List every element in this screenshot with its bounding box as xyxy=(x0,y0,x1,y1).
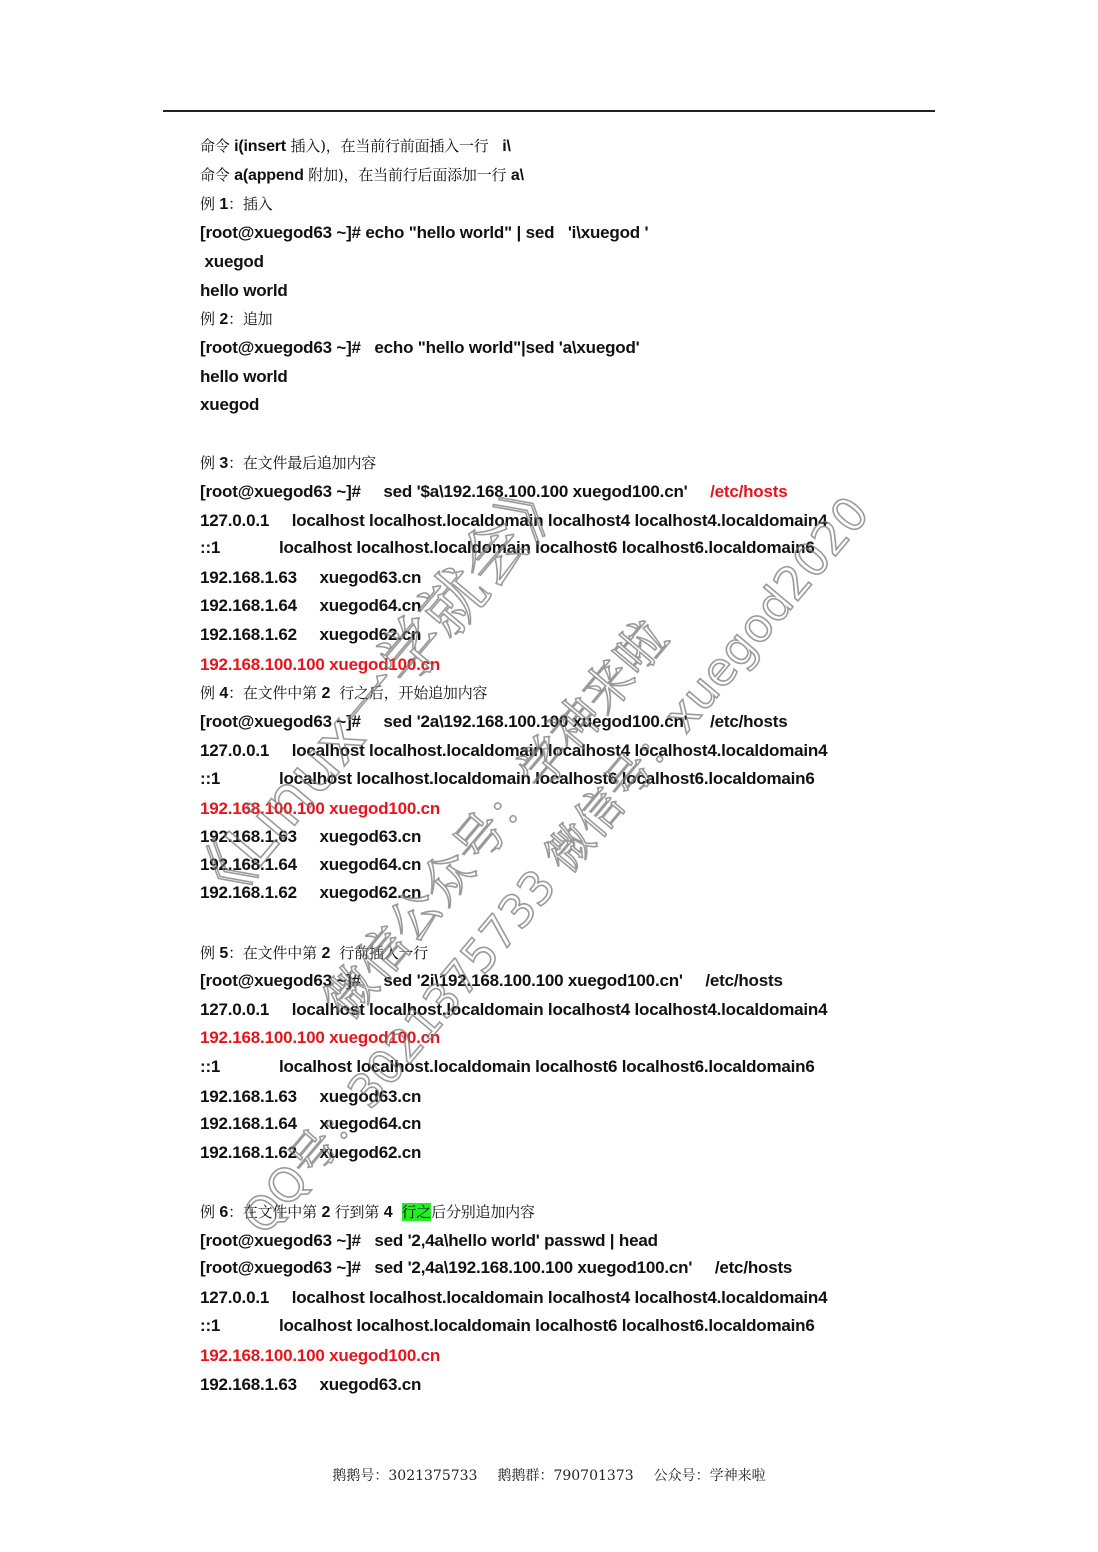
example-1-title: 例 1：插入 xyxy=(200,193,272,216)
footer-group: 鹅鹅群：790701373 xyxy=(497,1468,633,1484)
example-4-output-line: 127.0.0.1 localhost localhost.localdomai… xyxy=(200,740,827,762)
header-rule xyxy=(163,110,935,112)
example-5-inserted-line: 192.168.100.100 xuegod100.cn xyxy=(200,1027,440,1049)
example-4-output-line: ::1 localhost localhost.localdomain loca… xyxy=(200,768,815,790)
example-4-title: 例 4：在文件中第 2 行之后，开始追加内容 xyxy=(200,682,487,705)
example-4-output-line: 192.168.1.63 xuegod63.cn xyxy=(200,826,421,848)
example-5-title: 例 5：在文件中第 2 行前插入一行 xyxy=(200,942,428,965)
example-1-output-line: xuegod xyxy=(200,251,264,273)
example-4-output-line: 192.168.1.64 xuegod64.cn xyxy=(200,854,421,876)
example-5-output-line: 192.168.1.64 xuegod64.cn xyxy=(200,1113,421,1135)
example-2-title: 例 2：追加 xyxy=(200,308,272,331)
example-6-title: 例 6：在文件中第 2 行到第 4 行之后分别追加内容 xyxy=(200,1201,535,1224)
highlighted-text: 行之 xyxy=(402,1203,432,1221)
example-1-output-line: hello world xyxy=(200,280,288,302)
example-3-output-line: 192.168.1.63 xuegod63.cn xyxy=(200,567,421,589)
example-4-command: [root@xuegod63 ~]# sed '2a\192.168.100.1… xyxy=(200,711,787,733)
footer-official-account: 公众号：学神来啦 xyxy=(654,1468,766,1484)
example-3-title: 例 3：在文件最后追加内容 xyxy=(200,452,376,475)
file-path-highlight: /etc/hosts xyxy=(710,482,787,501)
example-2-output-line: hello world xyxy=(200,366,288,388)
example-5-output-line: 127.0.0.1 localhost localhost.localdomai… xyxy=(200,999,827,1021)
page-footer: 鹅鹅号：3021375733鹅鹅群：790701373公众号：学神来啦 xyxy=(0,1465,1098,1485)
insert-command-description: 命令 i(insert 插入)，在当前行前面插入一行 i\ xyxy=(200,135,511,158)
example-5-output-line: 192.168.1.63 xuegod63.cn xyxy=(200,1086,421,1108)
example-4-appended-line: 192.168.100.100 xuegod100.cn xyxy=(200,798,440,820)
example-6-appended-line: 192.168.100.100 xuegod100.cn xyxy=(200,1345,440,1367)
example-3-output-line: ::1 localhost localhost.localdomain loca… xyxy=(200,537,815,559)
example-6-command: [root@xuegod63 ~]# sed '2,4a\hello world… xyxy=(200,1230,658,1252)
footer-qq: 鹅鹅号：3021375733 xyxy=(332,1468,477,1484)
append-command-description: 命令 a(append 附加)，在当前行后面添加一行 a\ xyxy=(200,164,524,187)
example-5-command: [root@xuegod63 ~]# sed '2i\192.168.100.1… xyxy=(200,970,783,992)
example-3-command: [root@xuegod63 ~]# sed '$a\192.168.100.1… xyxy=(200,481,787,503)
example-3-output-line: 192.168.1.64 xuegod64.cn xyxy=(200,595,421,617)
example-3-appended-line: 192.168.100.100 xuegod100.cn xyxy=(200,654,440,676)
example-6-output-line: 192.168.1.63 xuegod63.cn xyxy=(200,1374,421,1396)
example-6-output-line: ::1 localhost localhost.localdomain loca… xyxy=(200,1315,815,1337)
example-4-output-line: 192.168.1.62 xuegod62.cn xyxy=(200,882,421,904)
example-1-command: [root@xuegod63 ~]# echo "hello world" | … xyxy=(200,222,648,244)
example-3-output-line: 192.168.1.62 xuegod62.cn xyxy=(200,624,421,646)
example-2-command: [root@xuegod63 ~]# echo "hello world"|se… xyxy=(200,337,640,359)
example-6-command: [root@xuegod63 ~]# sed '2,4a\192.168.100… xyxy=(200,1257,792,1279)
example-5-output-line: ::1 localhost localhost.localdomain loca… xyxy=(200,1056,815,1078)
example-5-output-line: 192.168.1.62 xuegod62.cn xyxy=(200,1142,421,1164)
example-6-output-line: 127.0.0.1 localhost localhost.localdomai… xyxy=(200,1287,827,1309)
example-2-output-line: xuegod xyxy=(200,394,259,416)
example-3-output-line: 127.0.0.1 localhost localhost.localdomai… xyxy=(200,510,827,532)
